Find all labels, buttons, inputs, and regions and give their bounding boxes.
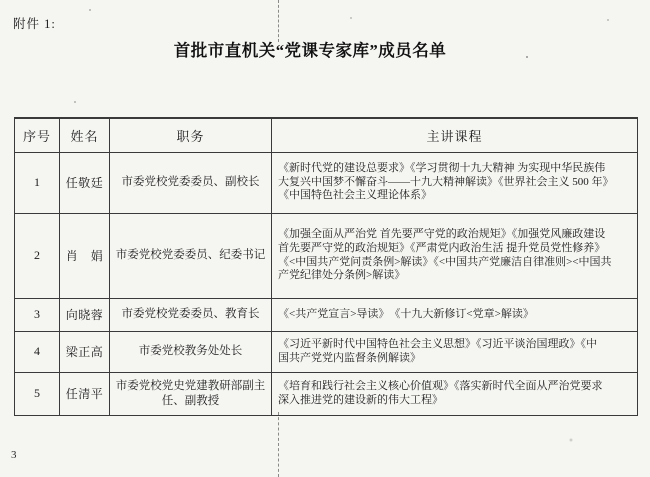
- cell-position: 市委党校党委委员、副校长: [110, 152, 272, 213]
- table-header-row: 序号 姓名 职务 主讲课程: [15, 118, 638, 152]
- fold-mark-bottom: [278, 412, 279, 477]
- course-line: 国共产党党内监督条例解读》: [278, 352, 633, 366]
- cell-name: 肖 娟: [60, 213, 110, 298]
- table-row: 4 梁正高 市委党校教务处处长 《习近平新时代中国特色社会主义思想》《习近平谈治…: [15, 331, 638, 372]
- cell-name: 向晓蓉: [60, 298, 110, 331]
- cell-courses: 《习近平新时代中国特色社会主义思想》《习近平谈治国理政》《中 国共产党党内监督条…: [272, 331, 638, 372]
- page-number: 3: [11, 449, 17, 461]
- course-line: 《<共产党宣言>导读》 《十九大新修订<党章>解读》: [278, 308, 633, 322]
- header-cell-position: 职务: [110, 118, 272, 152]
- cell-position: 市委党校党委委员、教育长: [110, 298, 272, 331]
- cell-no: 2: [15, 213, 60, 298]
- cell-no: 3: [15, 298, 60, 331]
- cell-name: 任清平: [60, 372, 110, 415]
- scanned-document-page: 附件 1: 首批市直机关“党课专家库”成员名单 序号 姓名 职务 主讲课程 1 …: [0, 0, 650, 477]
- cell-courses: 《新时代党的建设总要求》《学习贯彻十九大精神 为实现中华民族伟 大复兴中国梦不懈…: [272, 152, 638, 213]
- course-line: 深入推进党的建设新的伟大工程》: [278, 394, 633, 408]
- cell-no: 1: [15, 152, 60, 213]
- fold-mark-top: [278, 0, 279, 42]
- cell-position: 市委党校党委委员、纪委书记: [110, 213, 272, 298]
- course-line: 《<中国共产党问责条例>解读》《<中国共产党廉洁自律准则><中国共: [278, 256, 633, 270]
- cell-courses: 《培育和践行社会主义核心价值观》《落实新时代全面从严治党要求 深入推进党的建设新…: [272, 372, 638, 415]
- header-cell-courses: 主讲课程: [272, 118, 638, 152]
- table-row: 1 任敬廷 市委党校党委委员、副校长 《新时代党的建设总要求》《学习贯彻十九大精…: [15, 152, 638, 213]
- table-row: 3 向晓蓉 市委党校党委委员、教育长 《<共产党宣言>导读》 《十九大新修订<党…: [15, 298, 638, 331]
- course-line: 《新时代党的建设总要求》《学习贯彻十九大精神 为实现中华民族伟: [278, 162, 633, 176]
- course-line: 《习近平新时代中国特色社会主义思想》《习近平谈治国理政》《中: [278, 338, 633, 352]
- cell-courses: 《<共产党宣言>导读》 《十九大新修订<党章>解读》: [272, 298, 638, 331]
- header-cell-name: 姓名: [60, 118, 110, 152]
- attachment-label: 附件 1:: [13, 14, 56, 32]
- table-row: 2 肖 娟 市委党校党委委员、纪委书记 《加强全面从严治党 首先要严守党的政治规…: [15, 213, 638, 298]
- document-title: 首批市直机关“党课专家库”成员名单: [0, 37, 635, 61]
- cell-name: 梁正高: [60, 331, 110, 372]
- cell-courses: 《加强全面从严治党 首先要严守党的政治规矩》《加强党风廉政建设 首先要严守党的政…: [272, 213, 638, 298]
- cell-position: 市委党校党史党建教研部副主任、副教授: [110, 372, 272, 415]
- course-line: 产党纪律处分条例>解读》: [278, 269, 633, 283]
- course-line: 《培育和践行社会主义核心价值观》《落实新时代全面从严治党要求: [278, 380, 633, 394]
- cell-no: 5: [15, 372, 60, 415]
- cell-name: 任敬廷: [60, 152, 110, 213]
- course-line: 大复兴中国梦不懈奋斗——十九大精神解读》《世界社会主义 500 年》: [278, 176, 633, 190]
- course-line: 《加强全面从严治党 首先要严守党的政治规矩》《加强党风廉政建设: [278, 228, 633, 242]
- course-line: 首先要严守党的政治规矩》《严肃党内政治生活 提升党员党性修养》: [278, 242, 633, 256]
- header-cell-no: 序号: [15, 118, 60, 152]
- cell-position: 市委党校教务处处长: [110, 331, 272, 372]
- table-row: 5 任清平 市委党校党史党建教研部副主任、副教授 《培育和践行社会主义核心价值观…: [15, 372, 638, 415]
- cell-no: 4: [15, 331, 60, 372]
- members-table: 序号 姓名 职务 主讲课程 1 任敬廷 市委党校党委委员、副校长 《新时代党的建…: [14, 117, 638, 416]
- course-line: 《中国特色社会主义理论体系》: [278, 189, 633, 203]
